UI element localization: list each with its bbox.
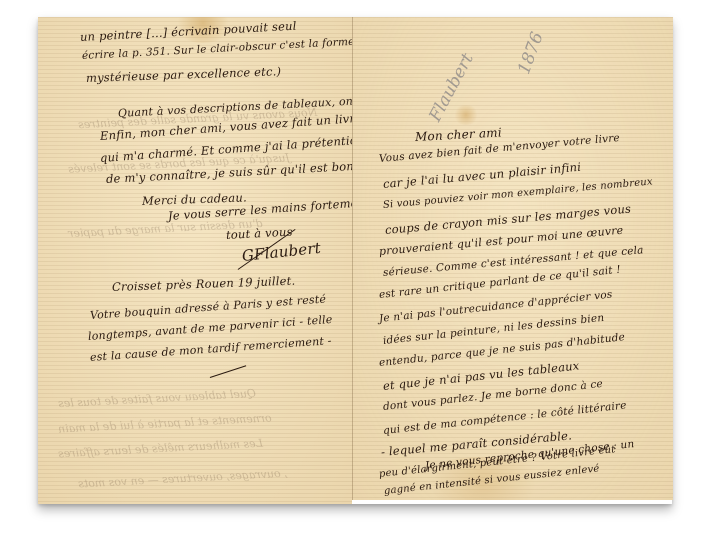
left-page: Nous avons vu la grande salle des peintr… — [38, 17, 352, 504]
letter-line: tout à vous — [226, 225, 293, 242]
letter-sheet: Nous avons vu la grande salle des peintr… — [38, 17, 672, 504]
pencil-annotation-year: 1876 — [514, 30, 548, 77]
bleed-through-text: , ouvrages, ouvertures — en vos mots — [78, 467, 288, 491]
water-stain — [453, 105, 479, 125]
salutation: Mon cher ami — [415, 125, 503, 144]
letter-line: mystérieuse par excellence etc.) — [86, 64, 282, 85]
dateline: Croisset près Rouen 19 juillet. — [112, 274, 296, 294]
bleed-through-text: Les malheurs mêlés de leurs affaires — [58, 437, 263, 461]
closing-dash — [210, 365, 247, 378]
right-page: Flaubert 1876 Mon cher ami Vous avez bie… — [352, 17, 673, 500]
bleed-through-text: Quel tableau vous faites de tous les — [58, 387, 257, 410]
bleed-through-text: ornements et la partie à lui de la main — [58, 411, 272, 435]
signature: GFlaubert — [241, 239, 322, 265]
